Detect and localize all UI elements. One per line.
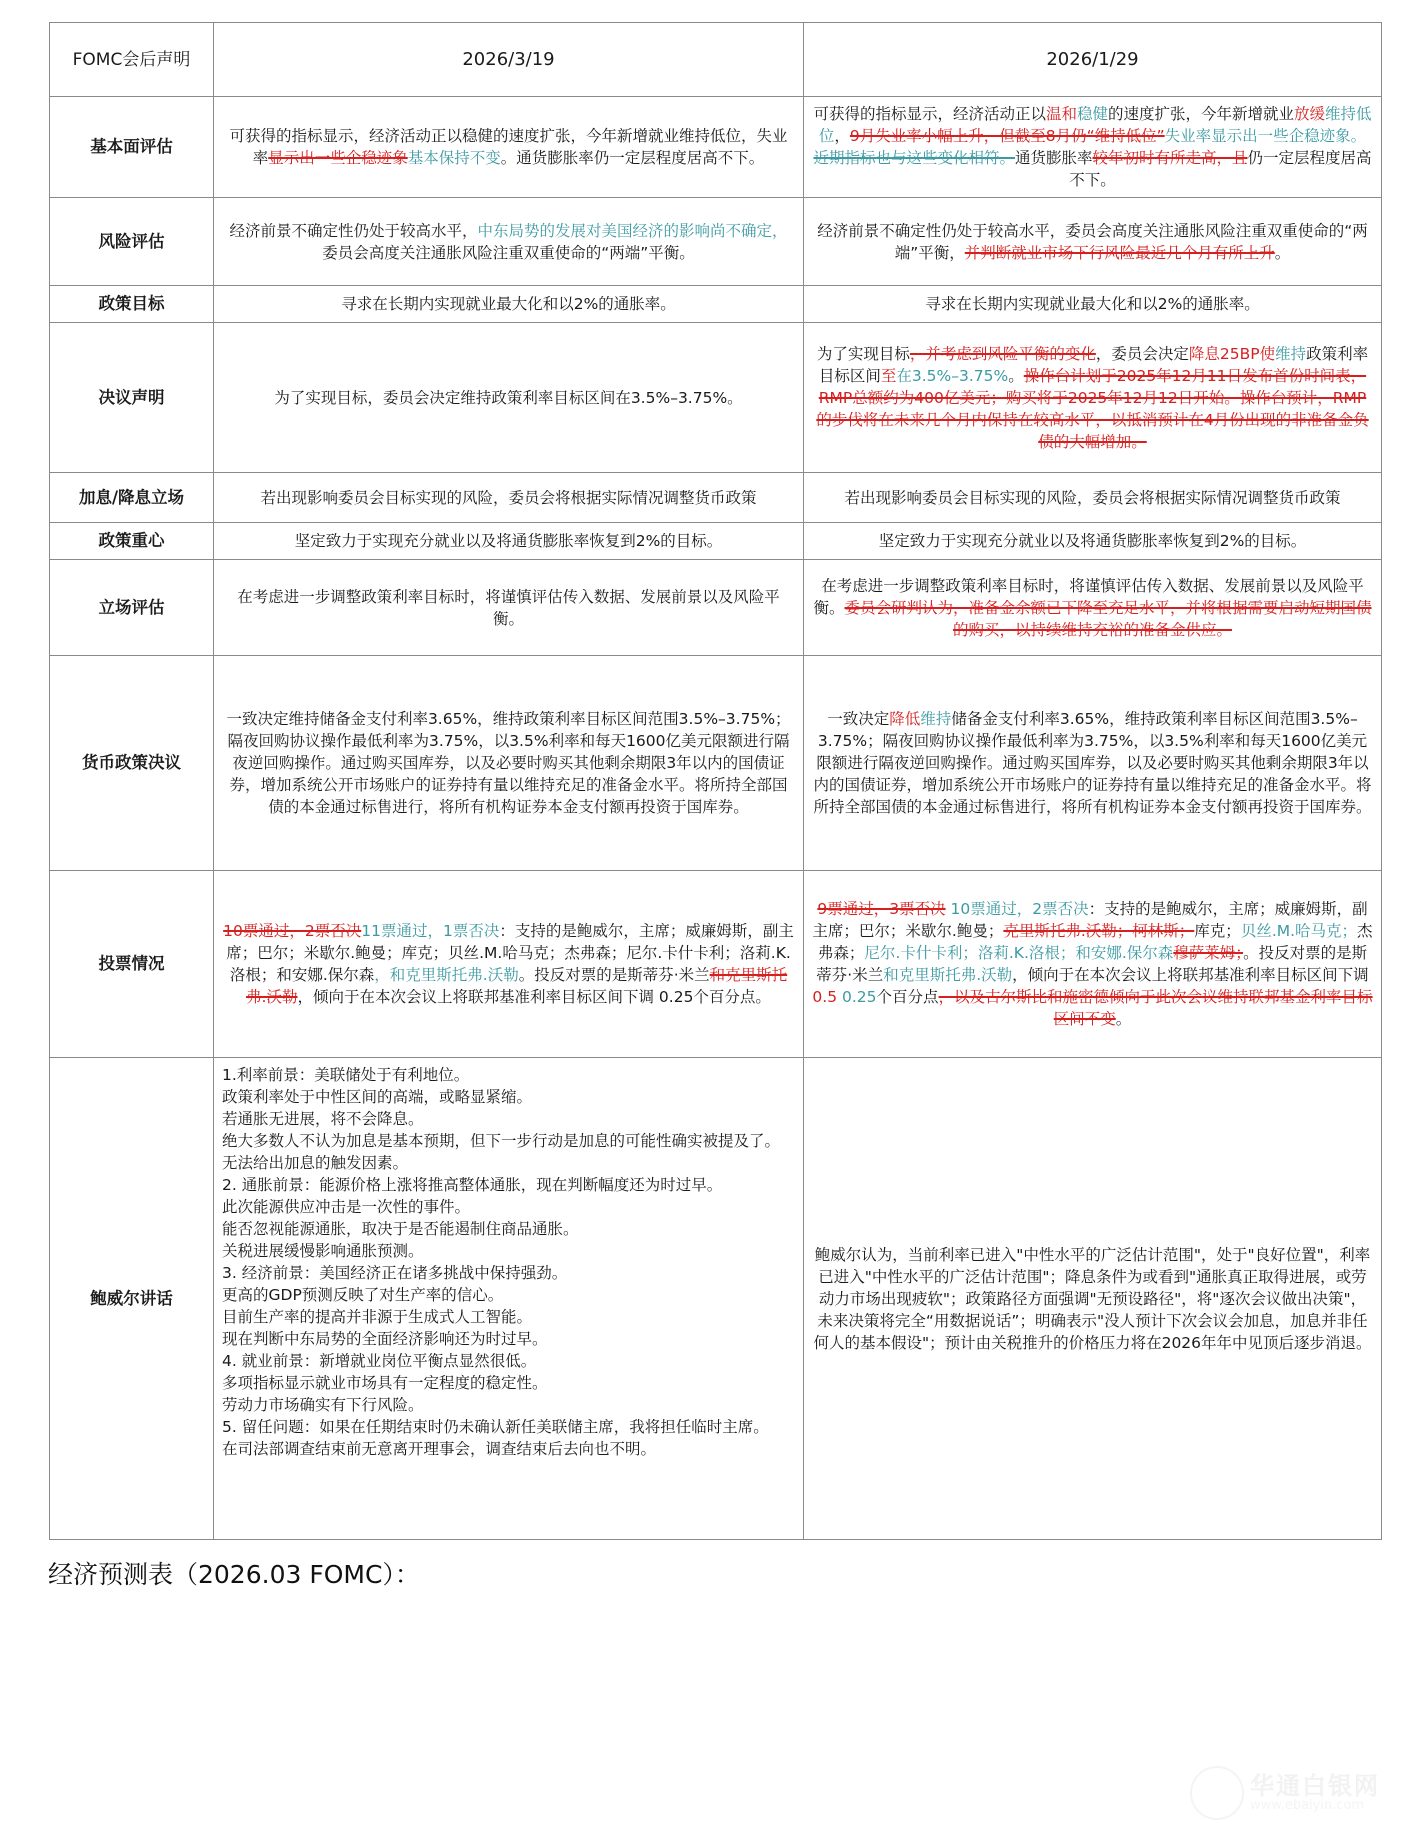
cell-old: 寻求在长期内实现就业最大化和以2%的通胀率。: [804, 286, 1382, 323]
changed-text: 至: [881, 367, 897, 385]
speech-line: 绝大多数人不认为加息是基本预期，但下一步行动是加息的可能性确实被提及了。: [222, 1130, 795, 1152]
text: 个百分点: [877, 988, 939, 1006]
cell-new: 10票通过，2票否决11票通过，1票否决：支持的是鲍威尔，主席；威廉姆斯，副主席…: [214, 871, 804, 1058]
table-row-stance: 加息/降息立场若出现影响委员会目标实现的风险，委员会将根据实际情况调整货币政策若…: [50, 473, 1382, 523]
speech-line: 1.利率前景：美联储处于有利地位。: [222, 1064, 795, 1086]
economic-projections-heading: 经济预测表（2026.03 FOMC）：: [48, 1555, 420, 1591]
text: 若出现影响委员会目标实现的风险，委员会将根据实际情况调整货币政策: [260, 489, 756, 507]
header-col-new: 2026/3/19: [214, 23, 804, 97]
row-label: 风险评估: [50, 198, 214, 286]
added-text: 中东局势的发展对美国经济的影响尚不确定，: [478, 222, 788, 240]
text: 坚定致力于实现充分就业以及将通货膨胀率恢复到2%的目标。: [879, 532, 1307, 550]
text: 鲍威尔认为，当前利率已进入"中性水平的广泛估计范围"，处于"良好位置"，利率已进…: [813, 1246, 1371, 1352]
cell-new: 1.利率前景：美联储处于有利地位。政策利率处于中性区间的高端，或略显紧缩。若通胀…: [214, 1058, 804, 1540]
speech-line: 能否忽视能源通胀，取决于是否能遏制住商品通胀。: [222, 1218, 795, 1240]
text: 通货膨胀率: [1015, 149, 1093, 167]
header-col-old: 2026/1/29: [804, 23, 1382, 97]
deleted-text: 9月失业率小幅上升，但截至8月仍“维持低位”: [850, 127, 1165, 145]
cell-old: 若出现影响委员会目标实现的风险，委员会将根据实际情况调整货币政策: [804, 473, 1382, 523]
speech-line: 4. 就业前景：新增就业岗位平衡点显然很低。: [222, 1350, 795, 1372]
deleted-text: 穆萨莱姆；: [1173, 944, 1243, 962]
added-text: 稳健: [1077, 105, 1108, 123]
text: 的速度扩张，今年新增就业: [1108, 105, 1294, 123]
table-row-fundamentals: 基本面评估可获得的指标显示，经济活动正以稳健的速度扩张，今年新增就业维持低位，失…: [50, 97, 1382, 198]
speech-line: 2. 通胀前景：能源价格上涨将推高整体通胀，现在判断幅度还为时过早。: [222, 1174, 795, 1196]
table-row-monetary: 货币政策决议一致决定维持储备金支付利率3.65%，维持政策利率目标区间范围3.5…: [50, 656, 1382, 871]
added-text: 维持: [920, 710, 951, 728]
row-label: 基本面评估: [50, 97, 214, 198]
changed-text: 温和: [1046, 105, 1077, 123]
row-label: 加息/降息立场: [50, 473, 214, 523]
text: 。通货膨胀率仍一定层程度居高不下。: [501, 149, 765, 167]
changed-text: 降低: [889, 710, 920, 728]
watermark-url: www.ebaiyin.com: [1250, 1798, 1364, 1813]
added-text: 在3.5%–3.75%: [896, 367, 1008, 385]
table-row-decision: 决议声明为了实现目标，委员会决定维持政策利率目标区间在3.5%–3.75%。为了…: [50, 323, 1382, 473]
cell-old: 鲍威尔认为，当前利率已进入"中性水平的广泛估计范围"，处于"良好位置"，利率已进…: [804, 1058, 1382, 1540]
added-text: 尼尔.卡什卡利；洛莉.K.洛根；和安娜.保尔森: [864, 944, 1173, 962]
speech-line: 现在判断中东局势的全面经济影响还为时过早。: [222, 1328, 795, 1350]
header-label: FOMC会后声明: [50, 23, 214, 97]
text: 库克；: [1194, 922, 1241, 940]
text: 为了实现目标，委员会决定维持政策利率目标区间在3.5%–3.75%。: [274, 389, 742, 407]
watermark-name: 华通白银网: [1250, 1766, 1380, 1801]
table-row-votes: 投票情况10票通过，2票否决11票通过，1票否决：支持的是鲍威尔，主席；威廉姆斯…: [50, 871, 1382, 1058]
deleted-text: 并判断就业市场下行风险最近几个月有所上升: [965, 244, 1275, 262]
watermark-logo-icon: [1190, 1766, 1244, 1820]
deleted-text: 9票通过，3票否决: [817, 900, 945, 918]
text: 一致决定: [827, 710, 889, 728]
row-label: 投票情况: [50, 871, 214, 1058]
cell-new: 在考虑进一步调整政策利率目标时，将谨慎评估传入数据、发展前景以及风险平衡。: [214, 560, 804, 656]
row-label: 政策重心: [50, 523, 214, 560]
speech-line: 政策利率处于中性区间的高端，或略显紧缩。: [222, 1086, 795, 1108]
deleted-text: 10票通过，2票否决: [223, 922, 361, 940]
row-label: 决议声明: [50, 323, 214, 473]
text: 。: [1008, 367, 1024, 385]
header-row: FOMC会后声明 2026/3/19 2026/1/29: [50, 23, 1382, 97]
deleted-text: ，并考虑到风险平衡的变化: [910, 345, 1096, 363]
speech-line: 3. 经济前景：美国经济正在诸多挑战中保持强劲。: [222, 1262, 795, 1284]
speech-line: 多项指标显示就业市场具有一定程度的稳定性。: [222, 1372, 795, 1394]
speech-line: 此次能源供应冲击是一次性的事件。: [222, 1196, 795, 1218]
table-row-risk: 风险评估经济前景不确定性仍处于较高水平，中东局势的发展对美国经济的影响尚不确定，…: [50, 198, 1382, 286]
cell-new: 坚定致力于实现充分就业以及将通货膨胀率恢复到2%的目标。: [214, 523, 804, 560]
added-text: 维持: [1275, 345, 1306, 363]
added-text: 基本保持不变: [408, 149, 501, 167]
cell-old: 为了实现目标，并考虑到风险平衡的变化，委员会决定降息25BP使维持政策利率目标区…: [804, 323, 1382, 473]
speech-line: 更高的GDP预测反映了对生产率的信心。: [222, 1284, 795, 1306]
changed-text: 放缓: [1294, 105, 1325, 123]
changed-text: 降息25BP使: [1189, 345, 1275, 363]
text: ，倾向于在本次会议上将联邦基准利率目标区间下调 0.25个百分点。: [297, 988, 770, 1006]
speech-line: 劳动力市场确实有下行风险。: [222, 1394, 795, 1416]
added-text: 和克里斯托弗.沃勒: [883, 966, 1012, 984]
text: ，: [834, 127, 850, 145]
cell-new: 经济前景不确定性仍处于较高水平，中东局势的发展对美国经济的影响尚不确定，委员会高…: [214, 198, 804, 286]
changed-text: 0.5: [812, 988, 837, 1006]
row-label: 立场评估: [50, 560, 214, 656]
speech-line: 若通胀无进展，将不会降息。: [222, 1108, 795, 1130]
cell-new: 寻求在长期内实现就业最大化和以2%的通胀率。: [214, 286, 804, 323]
deleted-text: ，以及古尔斯比和施密德倾向于此次会议维持联邦基金利率目标区间不变: [939, 988, 1373, 1028]
cell-new: 为了实现目标，委员会决定维持政策利率目标区间在3.5%–3.75%。: [214, 323, 804, 473]
cell-new: 若出现影响委员会目标实现的风险，委员会将根据实际情况调整货币政策: [214, 473, 804, 523]
table-row-assessment: 立场评估在考虑进一步调整政策利率目标时，将谨慎评估传入数据、发展前景以及风险平衡…: [50, 560, 1382, 656]
text: 。投反对票的是斯蒂芬·米兰: [519, 966, 710, 984]
text: 为了实现目标: [817, 345, 910, 363]
deleted-text: 较年初时有所走高，且: [1093, 149, 1248, 167]
text: 寻求在长期内实现就业最大化和以2%的通胀率。: [341, 295, 676, 313]
text: 经济前景不确定性仍处于较高水平，: [229, 222, 477, 240]
text: ，委员会决定: [1096, 345, 1189, 363]
fomc-comparison-table: FOMC会后声明 2026/3/19 2026/1/29 基本面评估可获得的指标…: [49, 22, 1382, 1540]
speech-line: 目前生产率的提高并非源于生成式人工智能。: [222, 1306, 795, 1328]
text: 在考虑进一步调整政策利率目标时，将谨慎评估传入数据、发展前景以及风险平衡。: [237, 588, 780, 628]
deleted-text: 委员会研判认为，准备金余额已下降至充足水平，并将根据需要启动短期国债的购买，以持…: [845, 599, 1372, 639]
speech-line: 无法给出加息的触发因素。: [222, 1152, 795, 1174]
deleted-text: 克里斯托弗.沃勒；柯林斯；: [1003, 922, 1194, 940]
row-label: 鲍威尔讲话: [50, 1058, 214, 1540]
added-deleted-text: 近期指标也与这些变化相符。: [813, 149, 1015, 167]
text: 。: [1116, 1010, 1132, 1028]
added-text: ，和克里斯托弗.沃勒: [374, 966, 518, 984]
cell-old: 经济前景不确定性仍处于较高水平，委员会高度关注通胀风险注重双重使命的“两端”平衡…: [804, 198, 1382, 286]
added-text: 11票通过，1票否决: [361, 922, 499, 940]
table-row-focus: 政策重心坚定致力于实现充分就业以及将通货膨胀率恢复到2%的目标。坚定致力于实现充…: [50, 523, 1382, 560]
speech-line: 关税进展缓慢影响通胀预测。: [222, 1240, 795, 1262]
text: 。: [1275, 244, 1291, 262]
text: 一致决定维持储备金支付利率3.65%，维持政策利率目标区间范围3.5%–3.75…: [226, 710, 790, 816]
row-label: 政策目标: [50, 286, 214, 323]
text: ，倾向于在本次会议上将联邦基准利率目标区间下调: [1012, 966, 1369, 984]
text: 若出现影响委员会目标实现的风险，委员会将根据实际情况调整货币政策: [844, 489, 1340, 507]
deleted-text: 显示出一些企稳迹象: [268, 149, 408, 167]
text: 坚定致力于实现充分就业以及将通货膨胀率恢复到2%的目标。: [295, 532, 723, 550]
watermark: 华通白银网 www.ebaiyin.com: [1190, 1762, 1400, 1826]
added-text: 10票通过，2票否决: [951, 900, 1089, 918]
added-text: 贝丝.M.哈马克；: [1241, 922, 1357, 940]
speech-line: 5. 留任问题：如果在任期结束时仍未确认新任美联储主席，我将担任临时主席。: [222, 1416, 795, 1438]
cell-old: 一致决定降低维持储备金支付利率3.65%，维持政策利率目标区间范围3.5%–3.…: [804, 656, 1382, 871]
cell-old: 在考虑进一步调整政策利率目标时，将谨慎评估传入数据、发展前景以及风险平衡。委员会…: [804, 560, 1382, 656]
cell-old: 可获得的指标显示，经济活动正以温和稳健的速度扩张，今年新增就业放缓维持低位，9月…: [804, 97, 1382, 198]
cell-old: 坚定致力于实现充分就业以及将通货膨胀率恢复到2%的目标。: [804, 523, 1382, 560]
added-text: 0.25: [837, 988, 876, 1006]
cell-old: 9票通过，3票否决 10票通过，2票否决：支持的是鲍威尔，主席；威廉姆斯，副主席…: [804, 871, 1382, 1058]
cell-new: 可获得的指标显示，经济活动正以稳健的速度扩张，今年新增就业维持低位，失业率显示出…: [214, 97, 804, 198]
text: 寻求在长期内实现就业最大化和以2%的通胀率。: [925, 295, 1260, 313]
text: 委员会高度关注通胀风险注重双重使命的“两端”平衡。: [322, 244, 695, 262]
text: 可获得的指标显示，经济活动正以: [813, 105, 1046, 123]
added-text: 失业率显示出一些企稳迹象。: [1165, 127, 1367, 145]
table-row-powell: 鲍威尔讲话1.利率前景：美联储处于有利地位。政策利率处于中性区间的高端，或略显紧…: [50, 1058, 1382, 1540]
table-row-goal: 政策目标寻求在长期内实现就业最大化和以2%的通胀率。寻求在长期内实现就业最大化和…: [50, 286, 1382, 323]
row-label: 货币政策决议: [50, 656, 214, 871]
cell-new: 一致决定维持储备金支付利率3.65%，维持政策利率目标区间范围3.5%–3.75…: [214, 656, 804, 871]
speech-line: 在司法部调查结束前无意离开理事会，调查结束后去向也不明。: [222, 1438, 795, 1460]
